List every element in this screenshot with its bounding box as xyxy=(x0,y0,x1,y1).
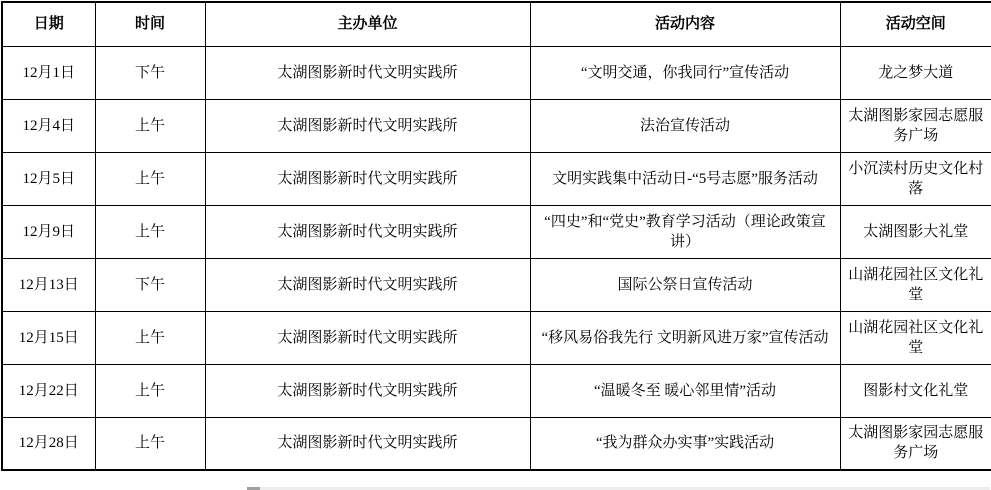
col-header-activity: 活动内容 xyxy=(530,2,840,46)
table-row: 12月5日 上午 太湖图影新时代文明实践所 文明实践集中活动日-“5号志愿”服务… xyxy=(2,152,991,205)
cell-space: 山湖花园社区文化礼堂 xyxy=(840,258,991,311)
activity-schedule-page: 日期 时间 主办单位 活动内容 活动空间 12月1日 下午 太湖图影新时代文明实… xyxy=(0,1,991,490)
cell-organizer: 太湖图影新时代文明实践所 xyxy=(205,46,530,99)
cell-time: 下午 xyxy=(95,46,205,99)
cell-organizer: 太湖图影新时代文明实践所 xyxy=(205,311,530,364)
table-row: 12月9日 上午 太湖图影新时代文明实践所 “四史”和“党史”教育学习活动（理论… xyxy=(2,205,991,258)
cell-date: 12月1日 xyxy=(2,46,95,99)
cell-activity: “温暖冬至 暖心邻里情”活动 xyxy=(530,364,840,417)
activity-schedule-table: 日期 时间 主办单位 活动内容 活动空间 12月1日 下午 太湖图影新时代文明实… xyxy=(1,1,991,471)
cell-time: 上午 xyxy=(95,364,205,417)
cell-time: 下午 xyxy=(95,258,205,311)
cell-time: 上午 xyxy=(95,205,205,258)
table-row: 12月15日 上午 太湖图影新时代文明实践所 “移风易俗我先行 文明新风进万家”… xyxy=(2,311,991,364)
cell-space: 龙之梦大道 xyxy=(840,46,991,99)
cell-activity: 文明实践集中活动日-“5号志愿”服务活动 xyxy=(530,152,840,205)
cell-date: 12月22日 xyxy=(2,364,95,417)
cell-space: 小沉渎村历史文化村落 xyxy=(840,152,991,205)
cell-time: 上午 xyxy=(95,417,205,470)
cell-organizer: 太湖图影新时代文明实践所 xyxy=(205,417,530,470)
col-header-date: 日期 xyxy=(2,2,95,46)
cell-time: 上午 xyxy=(95,152,205,205)
table-row: 12月13日 下午 太湖图影新时代文明实践所 国际公祭日宣传活动 山湖花园社区文… xyxy=(2,258,991,311)
cell-organizer: 太湖图影新时代文明实践所 xyxy=(205,99,530,152)
table-row: 12月4日 上午 太湖图影新时代文明实践所 法治宣传活动 太湖图影家园志愿服务广… xyxy=(2,99,991,152)
cell-organizer: 太湖图影新时代文明实践所 xyxy=(205,152,530,205)
cell-space: 山湖花园社区文化礼堂 xyxy=(840,311,991,364)
cell-date: 12月4日 xyxy=(2,99,95,152)
cell-activity: “我为群众办实事”实践活动 xyxy=(530,417,840,470)
cell-space: 太湖图影家园志愿服务广场 xyxy=(840,417,991,470)
table-row: 12月28日 上午 太湖图影新时代文明实践所 “我为群众办实事”实践活动 太湖图… xyxy=(2,417,991,470)
col-header-time: 时间 xyxy=(95,2,205,46)
cell-space: 太湖图影家园志愿服务广场 xyxy=(840,99,991,152)
col-header-space: 活动空间 xyxy=(840,2,991,46)
cell-date: 12月28日 xyxy=(2,417,95,470)
cell-activity: 国际公祭日宣传活动 xyxy=(530,258,840,311)
col-header-organizer: 主办单位 xyxy=(205,2,530,46)
cell-activity: “移风易俗我先行 文明新风进万家”宣传活动 xyxy=(530,311,840,364)
cell-organizer: 太湖图影新时代文明实践所 xyxy=(205,258,530,311)
cell-time: 上午 xyxy=(95,311,205,364)
table-row: 12月22日 上午 太湖图影新时代文明实践所 “温暖冬至 暖心邻里情”活动 图影… xyxy=(2,364,991,417)
cell-activity: 法治宣传活动 xyxy=(530,99,840,152)
cell-organizer: 太湖图影新时代文明实践所 xyxy=(205,364,530,417)
table-header-row: 日期 时间 主办单位 活动内容 活动空间 xyxy=(2,2,991,46)
cell-date: 12月5日 xyxy=(2,152,95,205)
cell-organizer: 太湖图影新时代文明实践所 xyxy=(205,205,530,258)
cell-date: 12月15日 xyxy=(2,311,95,364)
cell-date: 12月13日 xyxy=(2,258,95,311)
table-row: 12月1日 下午 太湖图影新时代文明实践所 “文明交通，你我同行”宣传活动 龙之… xyxy=(2,46,991,99)
cell-time: 上午 xyxy=(95,99,205,152)
cell-space: 太湖图影大礼堂 xyxy=(840,205,991,258)
cell-activity: “四史”和“党史”教育学习活动（理论政策宣讲） xyxy=(530,205,840,258)
cell-space: 图影村文化礼堂 xyxy=(840,364,991,417)
cell-activity: “文明交通，你我同行”宣传活动 xyxy=(530,46,840,99)
cell-date: 12月9日 xyxy=(2,205,95,258)
